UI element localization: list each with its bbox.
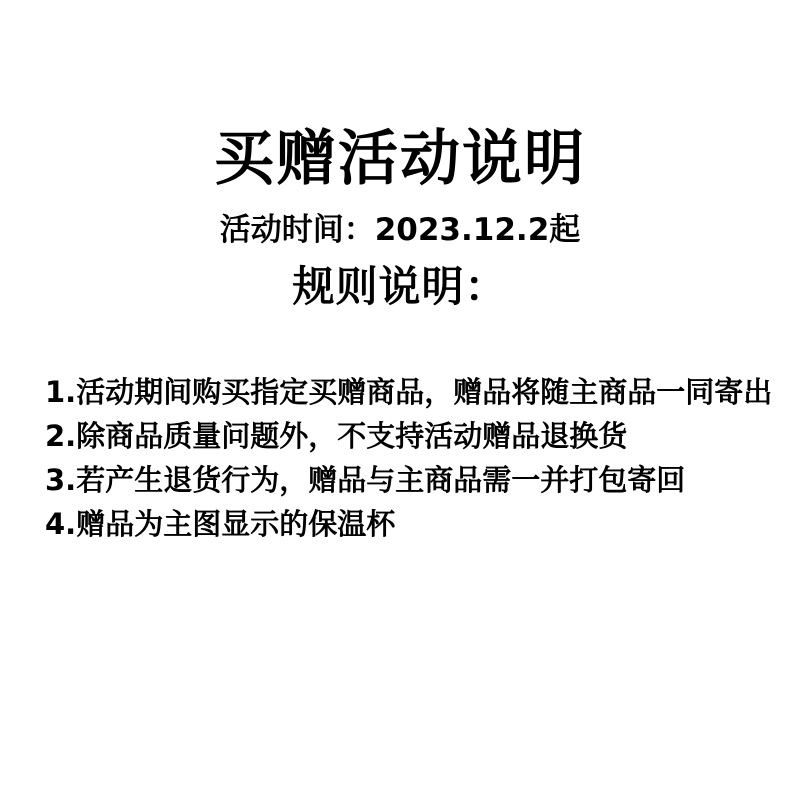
promo-notice-card: 买赠活动说明 活动时间：2023.12.2起 规则说明： 1.活动期间购买指定买… — [0, 0, 800, 800]
notice-title: 买赠活动说明 — [0, 0, 800, 193]
rules-list: 1.活动期间购买指定买赠商品，赠品将随主商品一同寄出 2.除商品质量问题外，不支… — [0, 370, 800, 546]
rules-heading: 规则说明： — [0, 264, 800, 310]
activity-time-text: 活动时间：2023.12.2起 — [0, 213, 800, 247]
rule-item-3: 3.若产生退货行为，赠品与主商品需一并打包寄回 — [45, 458, 772, 502]
rule-item-4: 4.赠品为主图显示的保温杯 — [45, 502, 772, 546]
rule-item-2: 2.除商品质量问题外，不支持活动赠品退换货 — [45, 414, 772, 458]
rule-item-1: 1.活动期间购买指定买赠商品，赠品将随主商品一同寄出 — [45, 370, 772, 414]
